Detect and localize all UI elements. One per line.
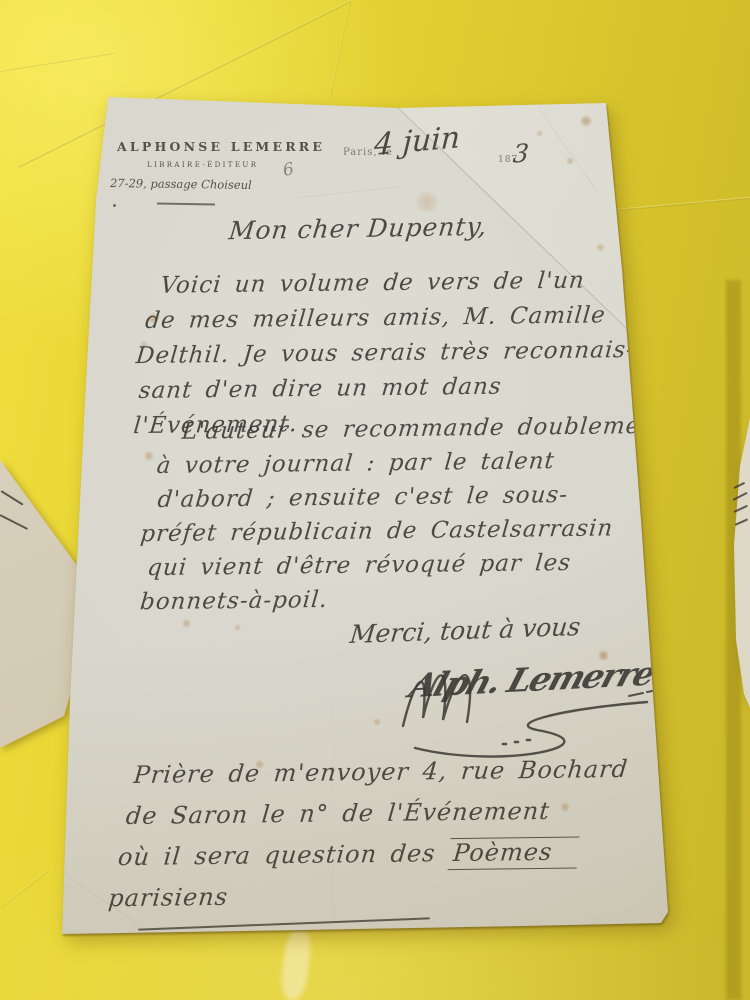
- foxing-spot: [580, 115, 592, 127]
- handwriting-line: Voici un volume de vers de l'un: [159, 263, 643, 304]
- foxing-spot: [234, 624, 241, 631]
- foxing-spot: [182, 619, 191, 628]
- handwriting-line: où il sera question des Poèmes: [116, 831, 622, 878]
- dateline-handwritten-year-digit: 3: [512, 138, 530, 168]
- paper-crease: [298, 185, 400, 198]
- handwriting-line: parisiens: [106, 872, 618, 919]
- ink-speck: [72, 163, 75, 166]
- handwriting-line: préfet républicain de Castelsarrasin: [139, 511, 659, 551]
- letterhead-rule: [157, 202, 215, 205]
- postscript: Prière de m'envoyer 4, rue Bochard de Sa…: [120, 749, 630, 919]
- foxing-spot: [414, 192, 440, 212]
- postscript-line3-text: où il sera question des: [117, 839, 451, 871]
- foxing-spot: [144, 451, 154, 461]
- postscript-underline: [138, 917, 430, 930]
- letter-sheet-wrap: ALPHONSE LEMERRE LIBRAIRE-ÉDITEUR 27-29,…: [0, 0, 750, 1000]
- ink-speck: [113, 204, 116, 207]
- handwriting-line: sant d'en dire un mot dans: [137, 368, 633, 409]
- ink-speck: [82, 125, 85, 128]
- postscript-emphasized-word: Poèmes: [448, 837, 580, 871]
- signature-block: Alph. Lemerre: [385, 648, 685, 758]
- salutation: Mon cher Dupenty,: [227, 212, 488, 246]
- body-paragraph-2: L'auteur se recommande doublement à votr…: [143, 409, 668, 619]
- foxing-spot: [536, 130, 543, 137]
- letter-sheet: ALPHONSE LEMERRE LIBRAIRE-ÉDITEUR 27-29,…: [0, 0, 750, 1000]
- letterhead-publisher-name: ALPHONSE LEMERRE: [117, 139, 325, 154]
- letterhead-publisher-role: LIBRAIRE-ÉDITEUR: [147, 161, 258, 169]
- pencil-annotation: 6: [281, 159, 295, 181]
- foxing-spot: [566, 157, 574, 165]
- foxing-spot: [373, 718, 381, 726]
- photo-of-letter: { "letterhead": { "publisher_name": "ALP…: [0, 0, 750, 1000]
- handwriting-line: de Saron le n° de l'Événement: [124, 790, 626, 837]
- handwriting-line: Prière de m'envoyer 4, rue Bochard: [132, 749, 630, 796]
- handwriting-line: L'auteur se recommande doublement: [180, 409, 668, 449]
- foxing-spot: [596, 243, 605, 252]
- closing-salute: Merci, tout à vous: [349, 612, 582, 649]
- letterhead-address: 27-29, passage Choiseul: [110, 176, 252, 192]
- handwriting-line: Delthil. Je vous serais très reconnais-: [134, 333, 636, 374]
